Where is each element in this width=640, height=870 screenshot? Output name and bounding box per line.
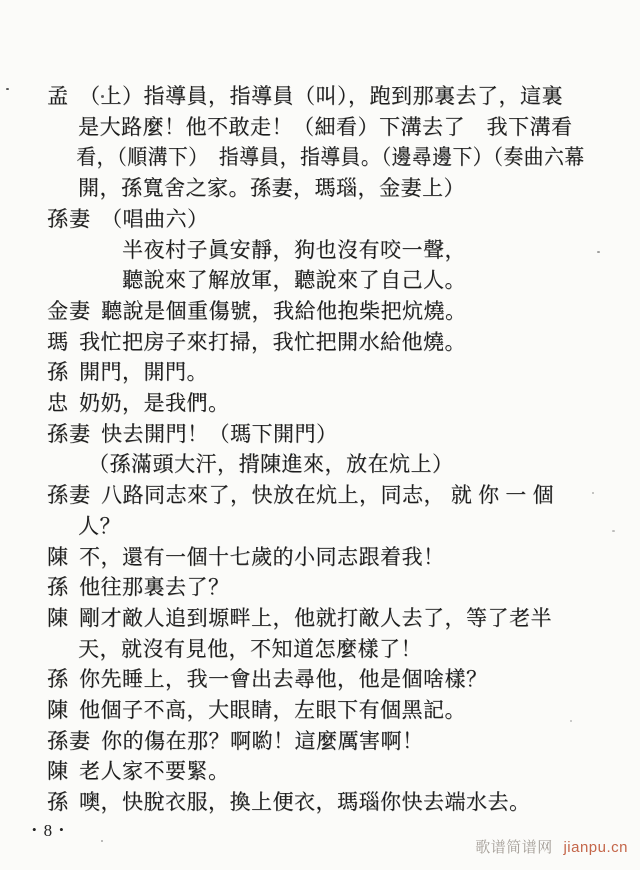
line-text: 開，孫寬舍之家。孫妻，瑪瑙，金妻上）	[78, 176, 465, 200]
speaker-name: 陳	[47, 698, 69, 722]
line-text: 他個子不高，大眼睛，左眼下有個黑記。	[79, 698, 466, 722]
script-line: 金妻聽說是個重傷號，我給他抱柴把炕燒。	[47, 296, 585, 327]
page-number-left-dot: •	[32, 822, 39, 837]
script-entry: 孫他往那裏去了？	[47, 572, 585, 603]
scan-speckle	[597, 251, 600, 253]
script-entry: 陳他個子不高，大眼睛，左眼下有個黑記。	[47, 695, 585, 726]
script-entry: 金妻聽說是個重傷號，我給他抱柴把炕燒。	[47, 296, 585, 327]
line-text: 快去開門！（瑪下開門）	[101, 422, 338, 446]
scan-speckle	[560, 163, 562, 165]
script-entry: 孫妻你的傷在那？啊喲！這麼厲害啊！	[47, 726, 585, 757]
line-text: 是大路麼！他不敢走！（細看）下溝去了 我下溝看	[78, 115, 573, 139]
line-text: （孫滿頭大汗，揹陳進來，放在炕上）	[88, 452, 454, 476]
line-text: （上）指導員，指導員（叫），跑到那裏去了，這裏	[79, 84, 563, 108]
line-text: 奶奶，是我們。	[79, 391, 230, 415]
speaker-name: 孟	[47, 84, 69, 108]
script-line: 人？	[47, 511, 585, 542]
script-entry: 忠奶奶，是我們。	[47, 388, 585, 419]
scan-speckle	[108, 88, 110, 90]
script-entry: 陳不，還有一個十七歲的小同志跟着我！	[47, 542, 585, 573]
speaker-name: 金妻	[47, 299, 91, 323]
speaker-name: 陳	[47, 545, 69, 569]
watermark-site-url-link[interactable]: jianpu.cn	[563, 839, 628, 856]
script-line: 半夜村子眞安靜，狗也沒有咬一聲，	[47, 235, 585, 266]
script-line: 開，孫寬舍之家。孫妻，瑪瑙，金妻上）	[47, 173, 585, 204]
speaker-name: 陳	[47, 759, 69, 783]
script-line: 陳剛才敵人追到塬畔上，他就打敵人去了，等了老半	[47, 603, 585, 634]
script-line: 孫開門，開門。	[47, 357, 585, 388]
line-text: 剛才敵人追到塬畔上，他就打敵人去了，等了老半	[79, 606, 552, 630]
script-entry: 孫妻八路同志來了，快放在炕上，同志， 就 你 一 個人？	[47, 480, 585, 541]
watermark: 歌谱简谱网 jianpu.cn	[475, 836, 628, 857]
script-line: 孫他往那裏去了？	[47, 572, 585, 603]
line-text: 聽說來了解放軍，聽說來了自己人。	[122, 268, 466, 292]
script-entry: 孫妻快去開門！（瑪下開門）	[47, 419, 585, 450]
line-text: 你的傷在那？啊喲！這麼厲害啊！	[101, 729, 424, 753]
line-text: 噢，快脫衣服，換上便衣，瑪瑙你快去端水去。	[79, 790, 531, 814]
line-text: （唱曲六）	[101, 207, 209, 231]
speaker-name: 孫妻	[47, 422, 91, 446]
scan-speckle	[592, 492, 594, 494]
speaker-name: 忠	[47, 391, 69, 415]
script-entry: 孫你先睡上，我一會出去尋他，他是個啥樣？	[47, 664, 585, 695]
scan-speckle	[63, 93, 67, 95]
script-line: 聽說來了解放軍，聽說來了自己人。	[47, 265, 585, 296]
line-text: 開門，開門。	[79, 360, 208, 384]
script-entry: （孫滿頭大汗，揹陳進來，放在炕上）	[47, 449, 585, 480]
script-line: 孫妻快去開門！（瑪下開門）	[47, 419, 585, 450]
speaker-name: 孫妻	[47, 207, 91, 231]
script-entry: 孫開門，開門。	[47, 357, 585, 388]
script-line: 孫妻八路同志來了，快放在炕上，同志， 就 你 一 個	[47, 480, 585, 511]
line-text: 我忙把房子來打掃，我忙把開水給他燒。	[79, 330, 466, 354]
script-line: 孟（上）指導員，指導員（叫），跑到那裏去了，這裏	[47, 81, 585, 112]
script-line: 孫妻你的傷在那？啊喲！這麼厲害啊！	[47, 726, 585, 757]
script-line: 孫妻（唱曲六）	[47, 204, 585, 235]
line-text: 他往那裏去了？	[79, 575, 230, 599]
script-line: 孫噢，快脫衣服，換上便衣，瑪瑙你快去端水去。	[47, 787, 585, 818]
script-line: 忠奶奶，是我們。	[47, 388, 585, 419]
speaker-name: 孫妻	[47, 483, 91, 507]
scan-speckle	[612, 530, 615, 532]
speaker-name: 孫	[47, 360, 69, 384]
line-text: 不，還有一個十七歲的小同志跟着我！	[79, 545, 445, 569]
watermark-site-name: 歌谱简谱网	[475, 839, 553, 856]
page-number-right-dot: •	[59, 822, 66, 837]
line-text: 八路同志來了，快放在炕上，同志， 就 你 一 個	[101, 483, 554, 507]
line-text: 老人家不要緊。	[79, 759, 230, 783]
line-text: 看，（順溝下） 指導員，指導員。（邊尋邊下）（奏曲六幕	[76, 145, 584, 169]
script-entry: 孟（上）指導員，指導員（叫），跑到那裏去了，這裏是大路麼！他不敢走！（細看）下溝…	[47, 81, 585, 204]
script-entry: 瑪我忙把房子來打掃，我忙把開水給他燒。	[47, 327, 585, 358]
speaker-name: 瑪	[47, 330, 69, 354]
speaker-name: 孫	[47, 667, 69, 691]
script-entry: 陳老人家不要緊。	[47, 756, 585, 787]
script-line: 看，（順溝下） 指導員，指導員。（邊尋邊下）（奏曲六幕	[47, 142, 555, 173]
script-entry: 陳剛才敵人追到塬畔上，他就打敵人去了，等了老半天，就沒有見他，不知道怎麼樣了！	[47, 603, 585, 664]
line-text: 聽說是個重傷號，我給他抱柴把炕燒。	[101, 299, 467, 323]
line-text: 你先睡上，我一會出去尋他，他是個啥樣？	[79, 667, 488, 691]
script-line: 陳老人家不要緊。	[47, 756, 585, 787]
speaker-name: 孫	[47, 790, 69, 814]
scan-speckle	[6, 88, 9, 90]
script-entry: 孫妻（唱曲六）	[47, 204, 585, 235]
line-text: 半夜村子眞安靜，狗也沒有咬一聲，	[122, 238, 466, 262]
scan-speckle	[570, 720, 572, 722]
speaker-name: 孫	[47, 575, 69, 599]
script-line: 孫你先睡上，我一會出去尋他，他是個啥樣？	[47, 664, 585, 695]
script-line: 陳不，還有一個十七歲的小同志跟着我！	[47, 542, 585, 573]
scan-speckle	[101, 95, 104, 98]
scanned-script-page: 孟（上）指導員，指導員（叫），跑到那裏去了，這裏是大路麼！他不敢走！（細看）下溝…	[0, 0, 640, 870]
line-text: 天，就沒有見他，不知道怎麼樣了！	[78, 637, 422, 661]
script-line: 瑪我忙把房子來打掃，我忙把開水給他燒。	[47, 327, 585, 358]
script-entry: 聽說來了解放軍，聽說來了自己人。	[47, 265, 585, 296]
speaker-name: 陳	[47, 606, 69, 630]
script-text-block: 孟（上）指導員，指導員（叫），跑到那裏去了，這裏是大路麼！他不敢走！（細看）下溝…	[47, 0, 585, 818]
page-number-value: 8	[44, 821, 55, 840]
line-text: 人？	[78, 514, 121, 538]
scan-speckle	[101, 840, 103, 842]
speaker-name: 孫妻	[47, 729, 91, 753]
script-entry: 半夜村子眞安靜，狗也沒有咬一聲，	[47, 235, 585, 266]
script-line: 陳他個子不高，大眼睛，左眼下有個黑記。	[47, 695, 585, 726]
script-line: （孫滿頭大汗，揹陳進來，放在炕上）	[47, 449, 585, 480]
script-entry: 孫噢，快脫衣服，換上便衣，瑪瑙你快去端水去。	[47, 787, 585, 818]
script-line: 天，就沒有見他，不知道怎麼樣了！	[47, 634, 585, 665]
script-line: 是大路麼！他不敢走！（細看）下溝去了 我下溝看	[47, 112, 585, 143]
